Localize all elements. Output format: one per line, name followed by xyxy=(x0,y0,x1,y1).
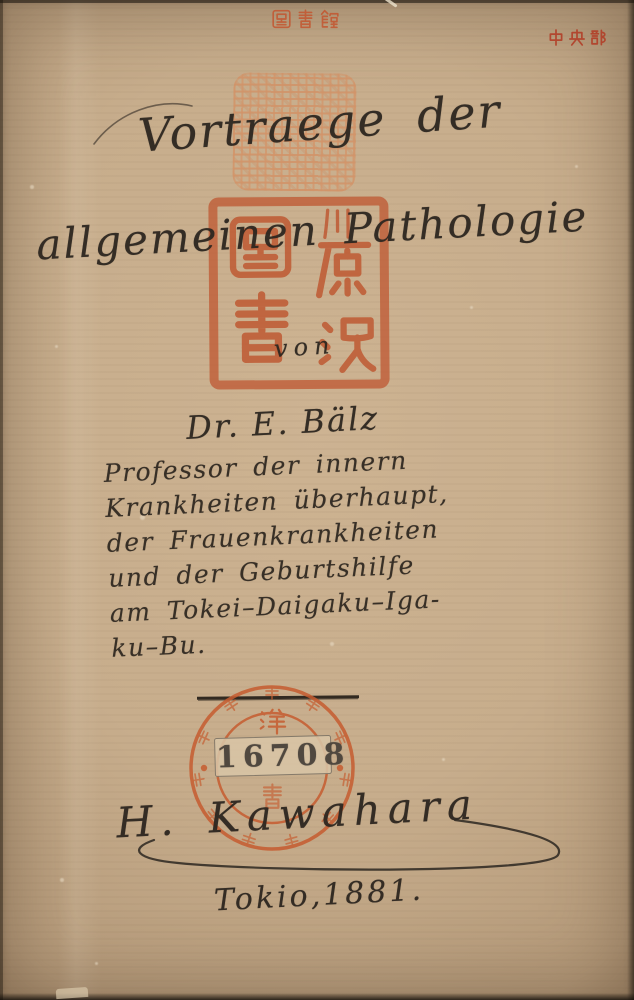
paper-chip xyxy=(56,987,89,999)
paper-speck xyxy=(60,878,64,882)
paper-speck xyxy=(575,165,578,168)
paper-speck xyxy=(95,962,98,965)
manuscript-title-page: Vortraege der allgemeinen Pathologie von… xyxy=(0,0,634,1000)
kanji-kan-icon xyxy=(319,7,340,31)
kanji-to-icon xyxy=(271,7,292,31)
kanji-ou-icon xyxy=(568,27,586,48)
library-stamp-top-center xyxy=(271,7,340,31)
accession-number: 16708 xyxy=(216,738,331,777)
page-edge-right xyxy=(627,0,634,1000)
page-edge-left xyxy=(0,0,3,1000)
kanji-bu-icon xyxy=(589,27,607,48)
byline-connector: von xyxy=(273,331,336,363)
rim-dot-left xyxy=(201,765,207,771)
library-stamp-top-right xyxy=(547,27,607,48)
author-bio-block: Professor der innern Krankheiten überhau… xyxy=(103,441,455,666)
page-edge-bottom xyxy=(0,993,634,1000)
paper-speck xyxy=(470,306,473,309)
paper-scratch xyxy=(384,0,397,8)
paper-speck xyxy=(55,345,58,348)
paper-speck xyxy=(442,758,445,761)
page-edge-top xyxy=(0,0,634,3)
author-name: Dr. E. Bälz xyxy=(185,399,380,447)
kanji-sho-icon xyxy=(295,7,316,31)
paper-speck xyxy=(30,185,34,189)
kanji-naka-icon xyxy=(547,27,565,48)
